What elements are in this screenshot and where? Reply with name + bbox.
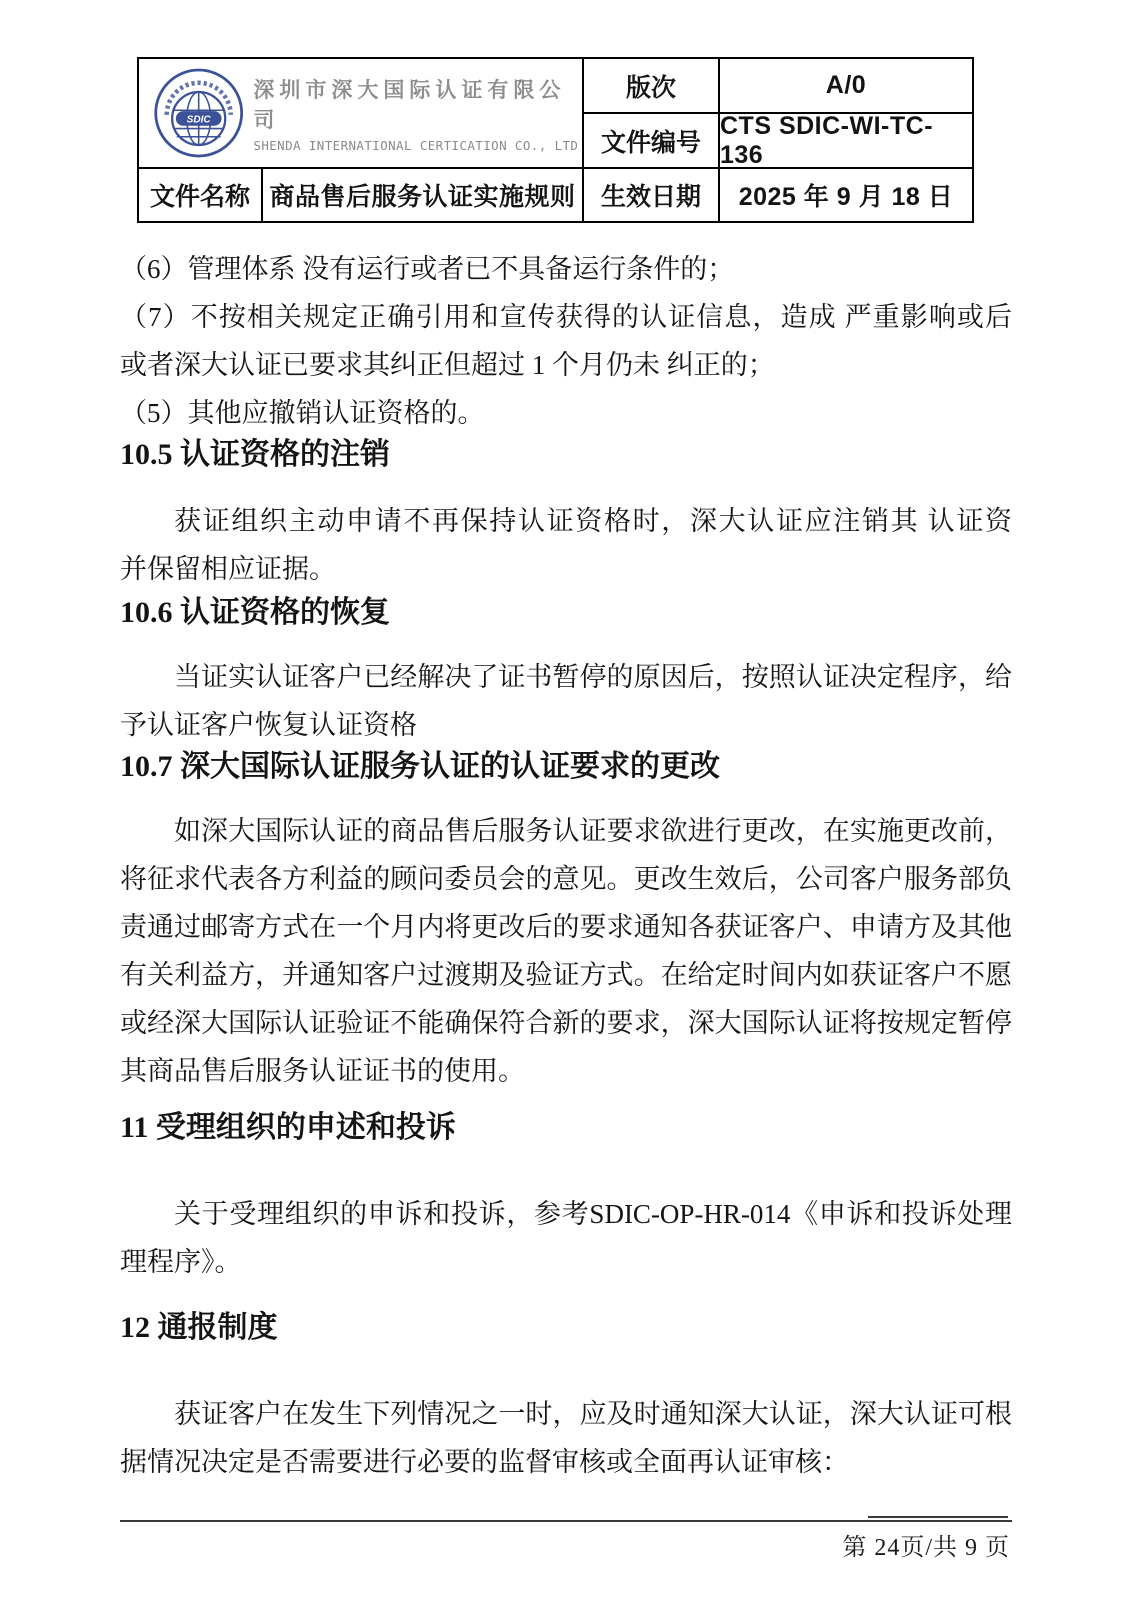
body-line: 或者深大认证已要求其纠正但超过 1 个月仍未 纠正的；: [120, 341, 1012, 389]
body-line: （5）其他应撤销认证资格的。: [120, 389, 1012, 437]
body-line: 其商品售后服务认证证书的使用。: [120, 1047, 1012, 1095]
page-number: 第 24页/共 9 页: [842, 1527, 1010, 1562]
document-page: SDIC 深圳市深大国际认证有限公司 SHENDA INTERNATIONAL …: [0, 0, 1131, 1600]
logo-badge-text: SDIC: [187, 115, 212, 126]
body-line: 获证组织主动申请不再保持认证资格时，深大认证应注销其 认证资格，: [120, 497, 1012, 545]
section-10-6-paragraph: 当证实认证客户已经解决了证书暂停的原因后，按照认证决定程序，给 予认证客户恢复认…: [120, 653, 1012, 749]
version-label: 版次: [582, 59, 718, 112]
company-name-cn: 深圳市深大国际认证有限公司: [253, 74, 582, 134]
footer-rule: [120, 1520, 1012, 1522]
section-10-5-paragraph: 获证组织主动申请不再保持认证资格时，深大认证应注销其 认证资格， 并保留相应证据…: [120, 497, 1012, 593]
body-line: 获证客户在发生下列情况之一时，应及时通知深大认证，深大认证可根: [120, 1390, 1012, 1438]
version-value: A/0: [718, 59, 972, 112]
section-heading-10-5: 10.5 认证资格的注销: [120, 435, 1012, 475]
body-line: 当证实认证客户已经解决了证书暂停的原因后，按照认证决定程序，给: [120, 653, 1012, 701]
globe-logo-icon: SDIC: [153, 66, 244, 160]
body-line: 或经深大国际认证验证不能确保符合新的要求，深大国际认证将按规定暂停: [120, 999, 1012, 1047]
body-line: 如深大国际认证的商品售后服务认证要求欲进行更改，在实施更改前，: [120, 807, 1012, 855]
effective-date-value: 2025 年 9 月 18 日: [718, 167, 972, 221]
body-line: 将征求代表各方利益的顾问委员会的意见。更改生效后，公司客户服务部负: [120, 855, 1012, 903]
body-line: 有关利益方，并通知客户过渡期及验证方式。在给定时间内如获证客户不愿: [120, 951, 1012, 999]
body-line: 关于受理组织的申诉和投诉，参考SDIC-OP-HR-014《申诉和投诉处理管: [120, 1190, 1012, 1238]
footer-rule-accent: [868, 1516, 1008, 1518]
section-heading-10-6: 10.6 认证资格的恢复: [120, 593, 1012, 633]
section-11-paragraph: 关于受理组织的申诉和投诉，参考SDIC-OP-HR-014《申诉和投诉处理管 理…: [120, 1190, 1012, 1286]
document-header-table: SDIC 深圳市深大国际认证有限公司 SHENDA INTERNATIONAL …: [137, 57, 974, 223]
body-line: 责通过邮寄方式在一个月内将更改后的要求通知各获证客户、申请方及其他: [120, 903, 1012, 951]
section-12-paragraph: 获证客户在发生下列情况之一时，应及时通知深大认证，深大认证可根 据情况决定是否需…: [120, 1390, 1012, 1486]
doc-name-value: 商品售后服务认证实施规则: [261, 167, 582, 221]
section-10-7-paragraph: 如深大国际认证的商品售后服务认证要求欲进行更改，在实施更改前， 将征求代表各方利…: [120, 807, 1012, 1095]
doc-number-label: 文件编号: [582, 112, 718, 167]
revocation-items-block: （6）管理体系 没有运行或者已不具备运行条件的； （7）不按相关规定正确引用和宣…: [120, 245, 1012, 437]
body-line: （6）管理体系 没有运行或者已不具备运行条件的；: [120, 245, 1012, 293]
section-heading-12: 12 通报制度: [120, 1308, 1012, 1348]
doc-name-label: 文件名称: [139, 167, 261, 221]
effective-date-label: 生效日期: [582, 167, 718, 221]
body-line: （7）不按相关规定正确引用和宣传获得的认证信息，造成 严重影响或后果，: [120, 293, 1012, 341]
body-line: 并保留相应证据。: [120, 545, 1012, 593]
body-line: 据情况决定是否需要进行必要的监督审核或全面再认证审核：: [120, 1438, 1012, 1486]
body-line: 理程序》。: [120, 1238, 1012, 1286]
section-heading-10-7: 10.7 深大国际认证服务认证的认证要求的更改: [120, 747, 1012, 787]
body-line: 予认证客户恢复认证资格: [120, 701, 1012, 749]
company-name-block: 深圳市深大国际认证有限公司 SHENDA INTERNATIONAL CERTI…: [253, 74, 582, 153]
section-heading-11: 11 受理组织的申述和投诉: [120, 1108, 1012, 1148]
company-name-en: SHENDA INTERNATIONAL CERTICATION CO., LT…: [253, 138, 582, 153]
company-logo: SDIC 深圳市深大国际认证有限公司 SHENDA INTERNATIONAL …: [139, 59, 582, 167]
doc-number-value: CTS SDIC-WI-TC-136: [718, 112, 972, 167]
